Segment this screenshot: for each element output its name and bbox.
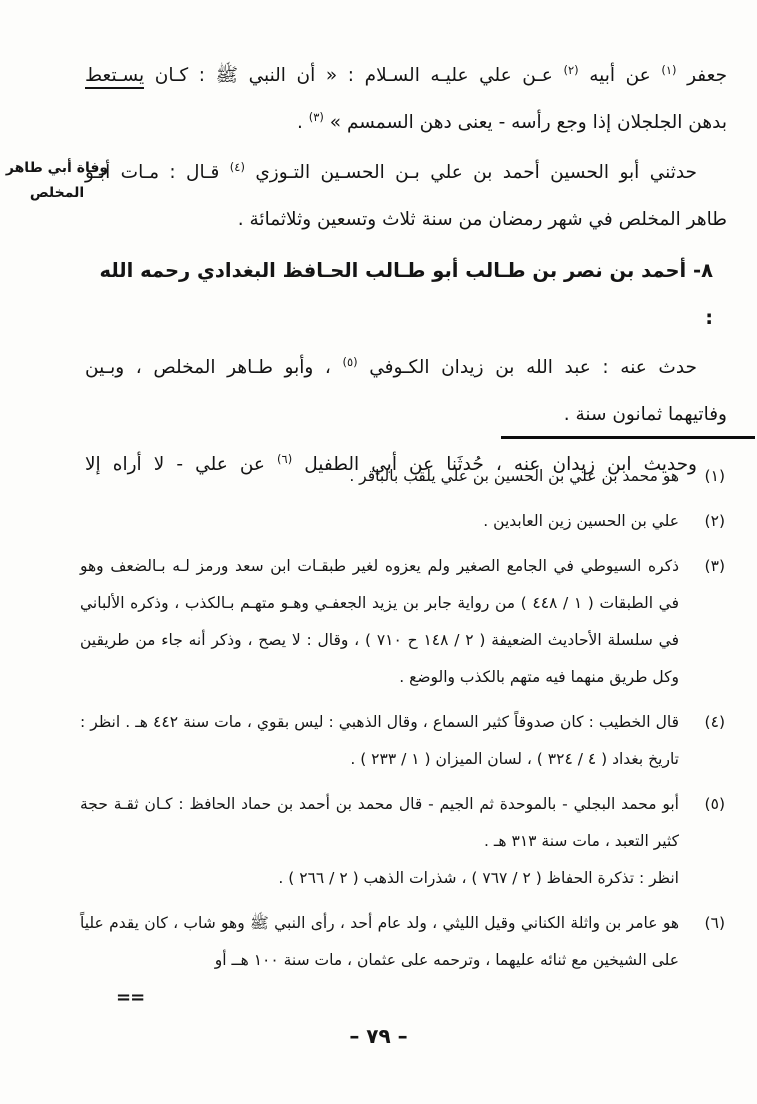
footnote-text: هو محمد بن علي بن الحسين بن علي يلقب بال… [80,458,679,495]
scanned-book-page: وفاة أبي طاهر المخلص جعفر (١) عن أبيه (٢… [0,0,757,1104]
main-text: جعفر (١) عن أبيه (٢) عـن علي عليـه السـل… [85,52,727,491]
footnote: (٢) علي بن الحسين زين العابدين . [80,503,725,540]
footnote: (٤) قال الخطيب : كان صدوقاً كثير السماع … [80,704,725,778]
text-line: وفاتيهما ثمانون سنة . [85,391,727,438]
footnote: (٦) هو عامر بن واثلة الكناني وقيل الليثي… [80,905,725,1016]
footnote: (٣) ذكره السيوطي في الجامع الصغير ولم يع… [80,548,725,696]
footnote-number: (٥) [689,786,725,897]
paragraph-hadith: جعفر (١) عن أبيه (٢) عـن علي عليـه السـل… [85,52,727,146]
footnote-text: ذكره السيوطي في الجامع الصغير ولم يعزوه … [80,548,679,696]
footnote-paragraph: انظر : تذكرة الحفاظ ( ٢ / ٧٦٧ ) ، شذرات … [80,860,679,897]
paragraph-death-report: حدثني أبو الحسين أحمد بن علي بـن الحسـين… [85,149,727,243]
footnote-text: هو عامر بن واثلة الكناني وقيل الليثي ، و… [80,905,679,1016]
footnote-ref-marker: (٣) [309,110,324,124]
footnote-paragraph: هو عامر بن واثلة الكناني وقيل الليثي ، و… [80,905,679,979]
footnotes-section: (١) هو محمد بن علي بن الحسين بن علي يلقب… [80,458,725,1024]
footnote-separator [501,436,755,439]
footnote-text: قال الخطيب : كان صدوقاً كثير السماع ، وق… [80,704,679,778]
footnote-text: علي بن الحسين زين العابدين . [80,503,679,540]
footnote-text: أبو محمد البجلي - بالموحدة ثم الجيم - قا… [80,786,679,897]
footnote-ref-marker: (٢) [563,63,578,77]
text-line: طاهر المخلص في شهر رمضان من سنة ثلاث وتس… [85,196,727,243]
footnote-paragraph: هو محمد بن علي بن الحسين بن علي يلقب بال… [80,458,679,495]
footnote-paragraph: قال الخطيب : كان صدوقاً كثير السماع ، وق… [80,704,679,778]
entry-heading: ٨- أحمد بن نصر بن طـالب أبو طـالب الحـاف… [85,247,727,341]
footnote-number: (٤) [689,704,725,778]
footnote-ref-marker: (٥) [343,355,358,369]
paragraph-narrators: حدث عنه : عبد الله بن زيدان الكـوفي (٥) … [85,344,727,438]
text-line: بدهن الجلجلان إذا وجع رأسه - يعنى دهن ال… [85,99,727,146]
footnote-ref-marker: (٤) [230,160,245,174]
footnote-number: (٣) [689,548,725,696]
underlined-word: يسـتعط [85,65,144,89]
footnote-paragraph: ذكره السيوطي في الجامع الصغير ولم يعزوه … [80,548,679,696]
footnote-number: (٦) [689,905,725,1016]
footnote-number: (٢) [689,503,725,540]
text-line: حدث عنه : عبد الله بن زيدان الكـوفي (٥) … [85,344,727,391]
footnote-paragraph: أبو محمد البجلي - بالموحدة ثم الجيم - قا… [80,786,679,860]
footnote-ref-marker: (١) [661,63,676,77]
footnote: (٥) أبو محمد البجلي - بالموحدة ثم الجيم … [80,786,725,897]
footnote: (١) هو محمد بن علي بن الحسين بن علي يلقب… [80,458,725,495]
footnote-number: (١) [689,458,725,495]
continuation-mark: == [80,979,679,1016]
page-number: – ٧٩ – [0,1024,757,1048]
footnote-paragraph: علي بن الحسين زين العابدين . [80,503,679,540]
text-line: جعفر (١) عن أبيه (٢) عـن علي عليـه السـل… [85,52,727,99]
text-line: حدثني أبو الحسين أحمد بن علي بـن الحسـين… [85,149,727,196]
